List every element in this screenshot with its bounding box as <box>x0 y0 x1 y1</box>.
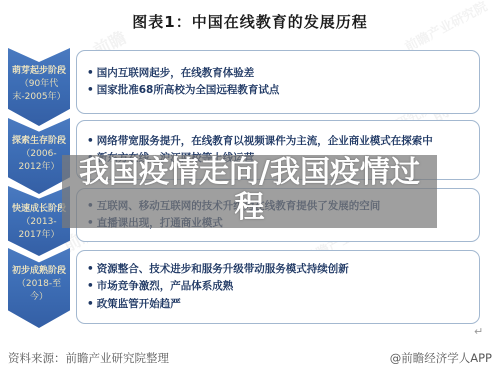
bullet-item: 国内互联网起步，在线教育体验差 <box>87 65 469 82</box>
stage-period: （2013-2017年） <box>11 216 67 242</box>
stage-label-group: 探索生存阶段 （2006-2012年） <box>8 135 70 174</box>
infographic-canvas: 图表1：中国在线教育的发展历程 前瞻 前瞻产业研究院 前瞻 前瞻产业研究院 前瞻… <box>0 0 500 375</box>
stage-box: 资源整合、技术进步和服务升级带动服务模式持续创新市场竞争激烈，产品体系成熟政策监… <box>76 250 480 324</box>
stage-label: 萌芽起步阶段 <box>12 66 66 76</box>
bullet-item: 资源整合、技术进步和服务升级带动服务模式持续创新 <box>87 261 469 278</box>
stage-period: （2006-2012年） <box>11 148 67 174</box>
footer-bar: 资料来源：前瞻产业研究院整理 @前瞻经济学人APP <box>0 347 500 375</box>
stage-box: 国内互联网起步，在线教育体验差国家批准68所高校为全国远程教育试点 <box>76 50 480 114</box>
bullet-item: 市场竞争激烈，产品体系成熟 <box>87 278 469 295</box>
stage-label-group: 快速成长阶段 （2013-2017年） <box>8 203 70 242</box>
overlay-watermark-banner: 我国疫情走向/我国疫情过程 <box>62 155 437 228</box>
stage-arrow-icon: 探索生存阶段 （2006-2012年） <box>8 118 70 194</box>
credit-text: @前瞻经济学人APP <box>390 350 492 366</box>
stage-row: 萌芽起步阶段 （90年代末-2005年） 国内互联网起步，在线教育体验差国家批准… <box>0 48 500 126</box>
chart-title: 图表1：中国在线教育的发展历程 <box>0 11 500 32</box>
overlay-text: 我国疫情走向/我国疫情过程 <box>68 155 431 225</box>
paragraph-return-mark: ↵ <box>474 325 483 338</box>
stage-period: （2018-至今） <box>11 278 67 304</box>
stage-label-group: 初步成熟阶段 （2018-至今） <box>8 265 70 304</box>
stage-label: 探索生存阶段 <box>12 136 66 146</box>
stage-label: 快速成长阶段 <box>12 204 66 214</box>
stage-label: 初步成熟阶段 <box>12 266 66 276</box>
source-text: 资料来源：前瞻产业研究院整理 <box>8 350 169 366</box>
bullet-item: 政策监管开始趋严 <box>87 296 469 313</box>
stage-bullets: 资源整合、技术进步和服务升级带动服务模式持续创新市场竞争激烈，产品体系成熟政策监… <box>77 257 479 317</box>
stage-arrow-icon: 快速成长阶段 （2013-2017年） <box>8 186 70 256</box>
bullet-item: 网络带宽服务提升，在线教育以视频课件为主流，企业商业模式在探索中 <box>87 133 469 150</box>
stage-label-group: 萌芽起步阶段 （90年代末-2005年） <box>8 65 70 104</box>
stage-arrow-icon: 初步成熟阶段 （2018-至今） <box>8 248 70 328</box>
stage-period: （90年代末-2005年） <box>11 78 67 104</box>
bullet-item: 国家批准68所高校为全国远程教育试点 <box>87 82 469 99</box>
stage-row: 初步成熟阶段 （2018-至今） 资源整合、技术进步和服务升级带动服务模式持续创… <box>0 248 500 328</box>
stage-arrow-icon: 萌芽起步阶段 （90年代末-2005年） <box>8 48 70 126</box>
stage-bullets: 国内互联网起步，在线教育体验差国家批准68所高校为全国远程教育试点 <box>77 61 479 104</box>
